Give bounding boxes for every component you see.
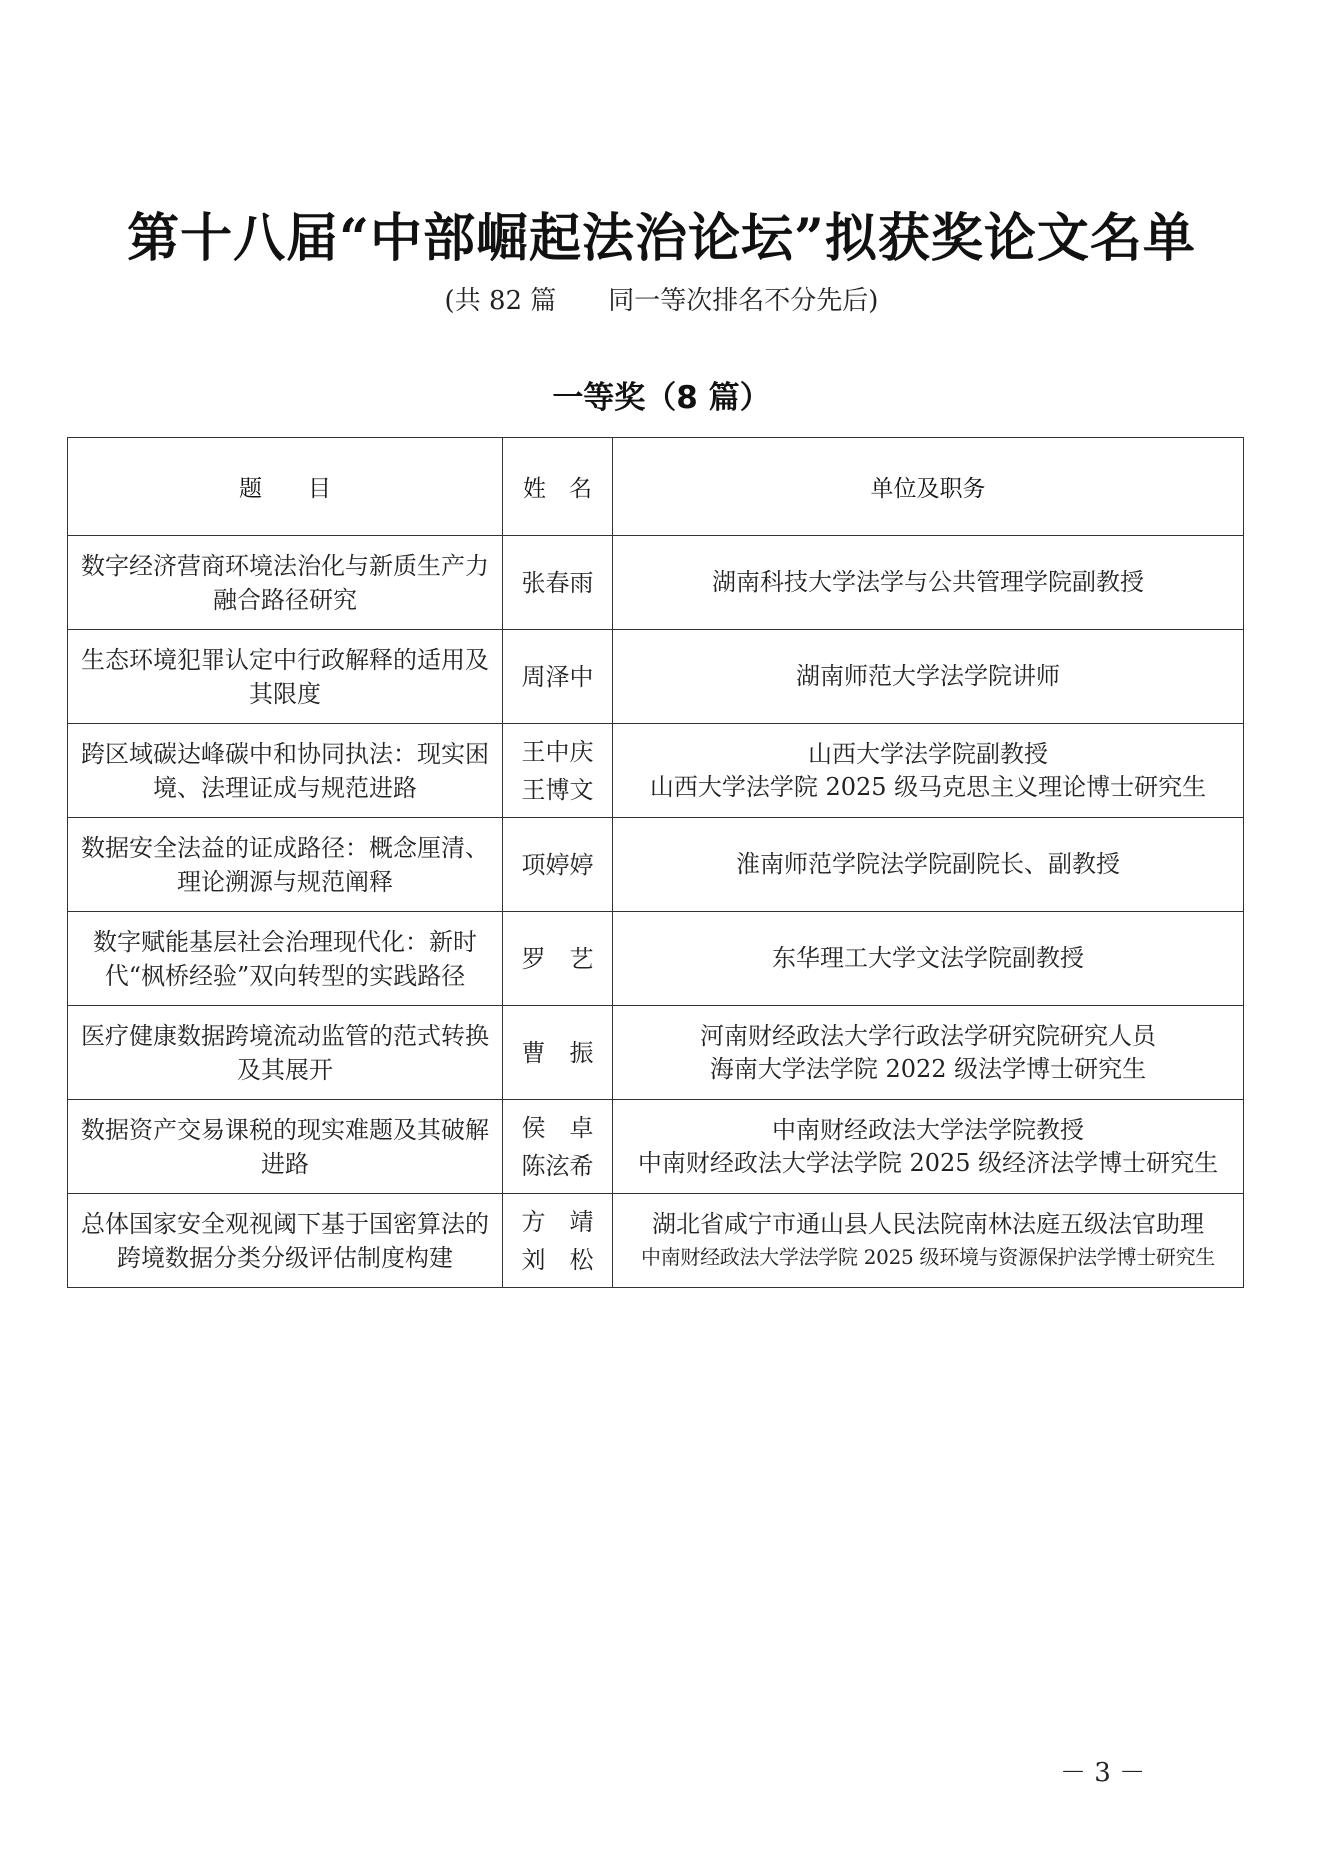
author-unit: 山西大学法学院 2025 级马克思主义理论博士研究生 [617,771,1239,804]
author-unit: 山西大学法学院副教授 [617,738,1239,771]
table-row: 数字赋能基层社会治理现代化：新时代“枫桥经验”双向转型的实践路径 罗 艺 东华理… [68,912,1244,1006]
author-names: 侯 卓 陈泫希 [503,1100,613,1194]
author-unit: 海南大学法学院 2022 级法学博士研究生 [617,1053,1239,1086]
author-unit: 淮南师范学院法学院副院长、副教授 [617,848,1239,881]
table-header-row: 题 目 姓 名 单位及职务 [68,438,1244,536]
table-row: 医疗健康数据跨境流动监管的范式转换及其展开 曹 振 河南财经政法大学行政法学研究… [68,1006,1244,1100]
table-row: 数据资产交易课税的现实难题及其破解进路 侯 卓 陈泫希 中南财经政法大学法学院教… [68,1100,1244,1194]
author-name: 张春雨 [507,564,608,602]
author-unit: 湖北省咸宁市通山县人民法院南林法庭五级法官助理 [617,1208,1239,1241]
author-units: 中南财经政法大学法学院教授 中南财经政法大学法学院 2025 级经济法学博士研究… [613,1100,1244,1194]
author-name: 项婷婷 [507,846,608,884]
table-row: 跨区域碳达峰碳中和协同执法：现实困境、法理证成与规范进路 王中庆 王博文 山西大… [68,724,1244,818]
paper-title: 数字经济营商环境法治化与新质生产力融合路径研究 [68,536,503,630]
author-unit: 中南财经政法大学法学院教授 [617,1114,1239,1147]
page-number: － 3 － [1060,1752,1145,1789]
author-unit: 湖南科技大学法学与公共管理学院副教授 [617,566,1239,599]
author-name: 方 靖 [507,1203,608,1241]
author-name: 王中庆 [507,733,608,771]
author-name: 王博文 [507,771,608,809]
author-unit: 河南财经政法大学行政法学研究院研究人员 [617,1020,1239,1053]
author-unit: 湖南师范大学法学院讲师 [617,660,1239,693]
author-name: 刘 松 [507,1241,608,1279]
paper-title: 总体国家安全观视阈下基于国密算法的跨境数据分类分级评估制度构建 [68,1194,503,1288]
author-names: 张春雨 [503,536,613,630]
author-names: 方 靖 刘 松 [503,1194,613,1288]
author-units: 淮南师范学院法学院副院长、副教授 [613,818,1244,912]
author-units: 东华理工大学文法学院副教授 [613,912,1244,1006]
table-row: 总体国家安全观视阈下基于国密算法的跨境数据分类分级评估制度构建 方 靖 刘 松 … [68,1194,1244,1288]
paper-title: 数据安全法益的证成路径：概念厘清、理论溯源与规范阐释 [68,818,503,912]
author-name: 罗 艺 [507,940,608,978]
author-unit: 中南财经政法大学法学院 2025 级环境与资源保护法学博士研究生 [617,1241,1239,1274]
section-heading-first-prize: 一等奖（8 篇） [0,372,1323,417]
author-name: 周泽中 [507,658,608,696]
author-names: 王中庆 王博文 [503,724,613,818]
author-units: 河南财经政法大学行政法学研究院研究人员 海南大学法学院 2022 级法学博士研究… [613,1006,1244,1100]
header-unit: 单位及职务 [613,438,1244,536]
document-subtitle: (共 82 篇 同一等次排名不分先后) [0,280,1323,317]
table-row: 生态环境犯罪认定中行政解释的适用及其限度 周泽中 湖南师范大学法学院讲师 [68,630,1244,724]
paper-title: 数据资产交易课税的现实难题及其破解进路 [68,1100,503,1194]
author-units: 山西大学法学院副教授 山西大学法学院 2025 级马克思主义理论博士研究生 [613,724,1244,818]
paper-title: 跨区域碳达峰碳中和协同执法：现实困境、法理证成与规范进路 [68,724,503,818]
author-units: 湖南师范大学法学院讲师 [613,630,1244,724]
author-name: 侯 卓 [507,1109,608,1147]
header-name: 姓 名 [503,438,613,536]
document-title: 第十八届“中部崛起法治论坛”拟获奖论文名单 [0,196,1323,271]
header-title: 题 目 [68,438,503,536]
author-unit: 中南财经政法大学法学院 2025 级经济法学博士研究生 [617,1147,1239,1180]
table-row: 数字经济营商环境法治化与新质生产力融合路径研究 张春雨 湖南科技大学法学与公共管… [68,536,1244,630]
paper-title: 数字赋能基层社会治理现代化：新时代“枫桥经验”双向转型的实践路径 [68,912,503,1006]
paper-title: 生态环境犯罪认定中行政解释的适用及其限度 [68,630,503,724]
author-names: 曹 振 [503,1006,613,1100]
author-name: 陈泫希 [507,1147,608,1185]
author-names: 罗 艺 [503,912,613,1006]
author-names: 周泽中 [503,630,613,724]
author-name: 曹 振 [507,1034,608,1072]
author-units: 湖南科技大学法学与公共管理学院副教授 [613,536,1244,630]
author-names: 项婷婷 [503,818,613,912]
table-row: 数据安全法益的证成路径：概念厘清、理论溯源与规范阐释 项婷婷 淮南师范学院法学院… [68,818,1244,912]
author-units: 湖北省咸宁市通山县人民法院南林法庭五级法官助理 中南财经政法大学法学院 2025… [613,1194,1244,1288]
awards-table: 题 目 姓 名 单位及职务 数字经济营商环境法治化与新质生产力融合路径研究 张春… [67,437,1244,1288]
author-unit: 东华理工大学文法学院副教授 [617,942,1239,975]
paper-title: 医疗健康数据跨境流动监管的范式转换及其展开 [68,1006,503,1100]
